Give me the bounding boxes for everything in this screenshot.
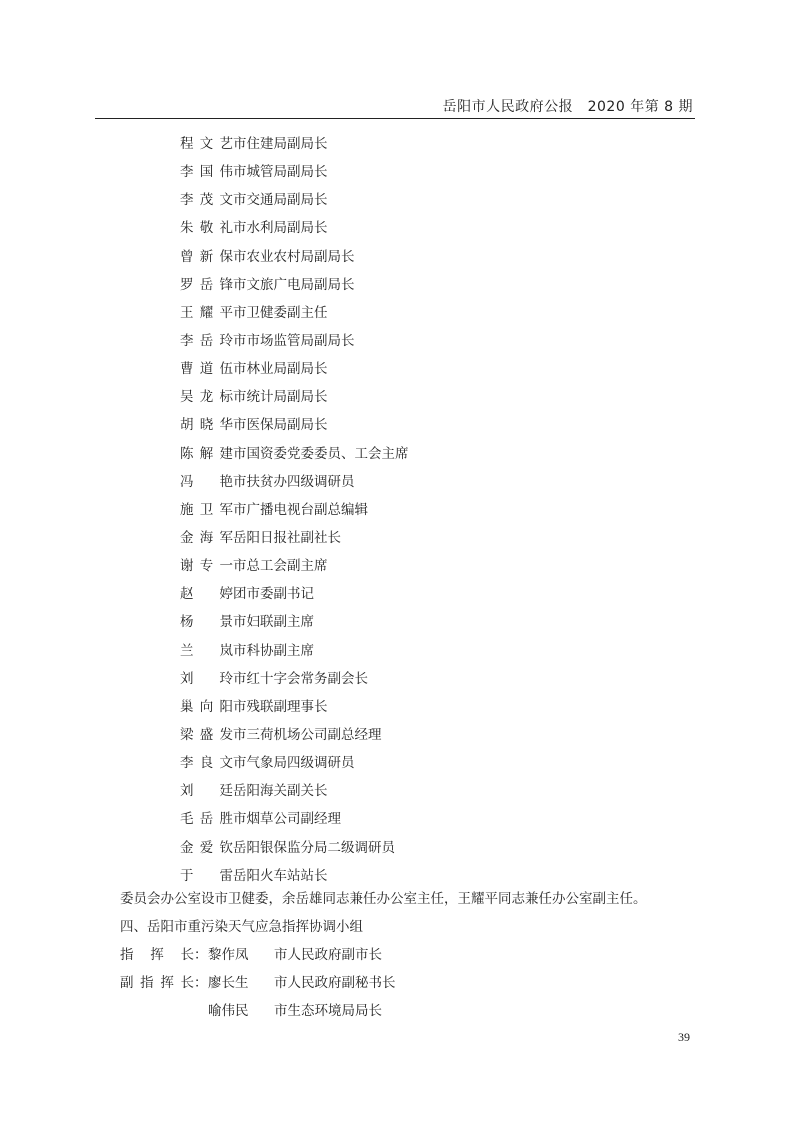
- section-heading: 四、岳阳市重污染天气应急指挥协调小组: [120, 915, 363, 935]
- command-colon: ：: [194, 943, 208, 963]
- member-title: 市烟草公司副经理: [233, 807, 341, 827]
- command-row: 副指挥长：廖长生市人民政府副秘书长: [120, 971, 396, 991]
- member-title: 市气象局四级调研员: [233, 751, 355, 771]
- member-row: 刘廷岳阳海关副关长: [180, 775, 409, 803]
- member-name: 刘玲: [180, 667, 233, 687]
- member-row: 兰岚市科协副主席: [180, 635, 409, 663]
- command-row: 喻伟民市生态环境局局长: [120, 999, 382, 1019]
- page-number: 39: [678, 1030, 690, 1045]
- command-name: 廖长生: [208, 971, 260, 991]
- member-row: 施卫军市广播电视台副总编辑: [180, 494, 409, 522]
- member-name: 兰岚: [180, 639, 233, 659]
- member-name: 朱敬礼: [180, 216, 233, 236]
- member-row: 李岳玲市市场监管局副局长: [180, 325, 409, 353]
- member-row: 巢向阳市残联副理事长: [180, 691, 409, 719]
- member-row: 赵婷团市委副书记: [180, 578, 409, 606]
- member-row: 刘玲市红十字会常务副会长: [180, 663, 409, 691]
- member-row: 吴龙标市统计局副局长: [180, 381, 409, 409]
- member-name: 金爱钦: [180, 836, 233, 856]
- member-name: 冯艳: [180, 470, 233, 490]
- member-row: 李茂文市交通局副局长: [180, 184, 409, 212]
- command-role: 指挥长: [120, 943, 194, 963]
- member-row: 曾新保市农业农村局副局长: [180, 241, 409, 269]
- member-title: 市水利局副局长: [233, 216, 328, 236]
- member-title: 市统计局副局长: [233, 385, 328, 405]
- member-name: 陈解建: [180, 442, 233, 462]
- member-title: 市农业农村局副局长: [233, 245, 355, 265]
- member-row: 胡晓华市医保局副局长: [180, 409, 409, 437]
- member-row: 程文艺市住建局副局长: [180, 128, 409, 156]
- member-row: 于雷岳阳火车站站长: [180, 860, 409, 888]
- command-colon: [194, 999, 208, 1019]
- member-name: 程文艺: [180, 132, 233, 152]
- command-role: [120, 999, 194, 1019]
- member-row: 金海军岳阳日报社副社长: [180, 522, 409, 550]
- member-row: 谢专一市总工会副主席: [180, 550, 409, 578]
- member-title: 市残联副理事长: [233, 695, 328, 715]
- member-name: 罗岳锋: [180, 273, 233, 293]
- member-name: 曾新保: [180, 245, 233, 265]
- member-name: 于雷: [180, 864, 233, 884]
- member-name: 杨景: [180, 610, 233, 630]
- command-title: 市人民政府副市长: [274, 943, 382, 963]
- member-list: 程文艺市住建局副局长李国伟市城管局副局长李茂文市交通局副局长朱敬礼市水利局副局长…: [180, 128, 409, 888]
- member-name: 李茂文: [180, 188, 233, 208]
- member-title: 市总工会副主席: [233, 554, 328, 574]
- member-title: 市科协副主席: [233, 639, 314, 659]
- member-row: 罗岳锋市文旅广电局副局长: [180, 269, 409, 297]
- member-name: 梁盛发: [180, 723, 233, 743]
- member-row: 杨景市妇联副主席: [180, 606, 409, 634]
- member-row: 梁盛发市三荷机场公司副总经理: [180, 719, 409, 747]
- member-title: 市文旅广电局副局长: [233, 273, 355, 293]
- member-name: 吴龙标: [180, 385, 233, 405]
- member-title: 岳阳银保监分局二级调研员: [233, 836, 395, 856]
- page-header: 岳阳市人民政府公报 2020 年第 8 期: [95, 96, 695, 119]
- member-row: 毛岳胜市烟草公司副经理: [180, 803, 409, 831]
- member-title: 市市场监管局副局长: [233, 329, 355, 349]
- office-note: 委员会办公室设市卫健委，余岳雄同志兼任办公室主任，王耀平同志兼任办公室副主任。: [120, 887, 647, 907]
- member-title: 市国资委党委委员、工会主席: [233, 442, 409, 462]
- command-name: 黎作凤: [208, 943, 260, 963]
- member-row: 李国伟市城管局副局长: [180, 156, 409, 184]
- member-title: 市红十字会常务副会长: [233, 667, 368, 687]
- member-name: 谢专一: [180, 554, 233, 574]
- member-title: 岳阳海关副关长: [233, 779, 328, 799]
- member-title: 岳阳火车站站长: [233, 864, 328, 884]
- member-title: 市三荷机场公司副总经理: [233, 723, 382, 743]
- member-row: 李良文市气象局四级调研员: [180, 747, 409, 775]
- command-title: 市人民政府副秘书长: [274, 971, 396, 991]
- member-name: 胡晓华: [180, 413, 233, 433]
- member-title: 市妇联副主席: [233, 610, 314, 630]
- member-name: 李国伟: [180, 160, 233, 180]
- member-name: 金海军: [180, 526, 233, 546]
- member-row: 陈解建市国资委党委委员、工会主席: [180, 438, 409, 466]
- member-name: 巢向阳: [180, 695, 233, 715]
- member-name: 毛岳胜: [180, 807, 233, 827]
- command-title: 市生态环境局局长: [274, 999, 382, 1019]
- member-title: 团市委副书记: [233, 582, 314, 602]
- member-row: 曹道伍市林业局副局长: [180, 353, 409, 381]
- command-row: 指挥长：黎作凤市人民政府副市长: [120, 943, 382, 963]
- member-row: 金爱钦岳阳银保监分局二级调研员: [180, 832, 409, 860]
- member-name: 王耀平: [180, 301, 233, 321]
- member-row: 冯艳市扶贫办四级调研员: [180, 466, 409, 494]
- member-title: 市卫健委副主任: [233, 301, 328, 321]
- member-title: 市广播电视台副总编辑: [233, 498, 368, 518]
- member-name: 赵婷: [180, 582, 233, 602]
- member-name: 刘廷: [180, 779, 233, 799]
- member-title: 市住建局副局长: [233, 132, 328, 152]
- member-name: 李岳玲: [180, 329, 233, 349]
- member-name: 曹道伍: [180, 357, 233, 377]
- member-title: 市扶贫办四级调研员: [233, 470, 355, 490]
- member-title: 市林业局副局长: [233, 357, 328, 377]
- command-name: 喻伟民: [208, 999, 260, 1019]
- publication-title: 岳阳市人民政府公报 2020 年第 8 期: [443, 96, 693, 116]
- command-role: 副指挥长: [120, 971, 194, 991]
- member-title: 市交通局副局长: [233, 188, 328, 208]
- member-row: 王耀平市卫健委副主任: [180, 297, 409, 325]
- member-name: 李良文: [180, 751, 233, 771]
- member-title: 市城管局副局长: [233, 160, 328, 180]
- member-name: 施卫军: [180, 498, 233, 518]
- command-colon: ：: [194, 971, 208, 991]
- member-title: 市医保局副局长: [233, 413, 328, 433]
- member-row: 朱敬礼市水利局副局长: [180, 212, 409, 240]
- member-title: 岳阳日报社副社长: [233, 526, 341, 546]
